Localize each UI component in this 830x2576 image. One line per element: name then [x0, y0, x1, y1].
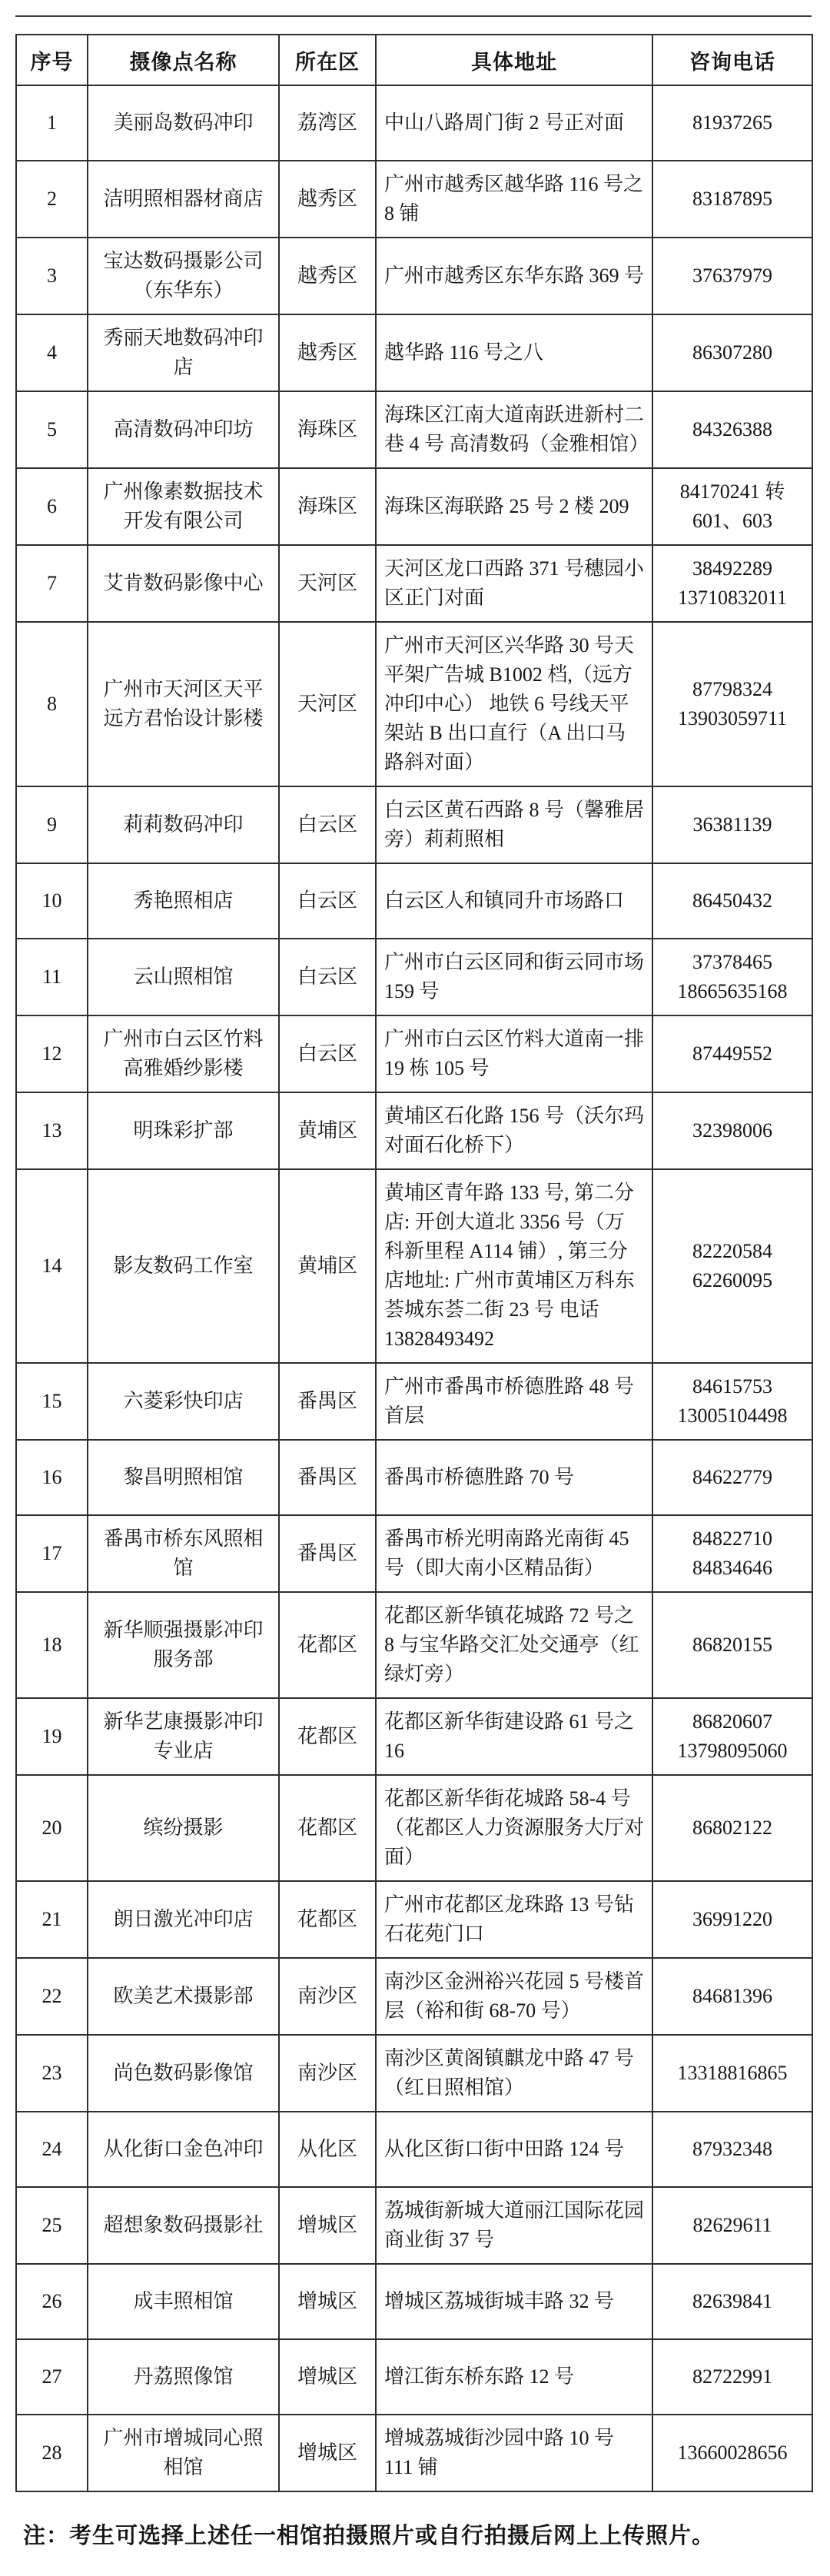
- phone-line: 601、603: [661, 507, 804, 536]
- address-cell: 海珠区江南大道南跃进新村二巷 4 号 高清数码（金雅相馆）: [376, 391, 652, 468]
- address-cell: 中山八路周门街 2 号正对面: [376, 85, 652, 161]
- table-row: 21 朗日激光冲印店 花都区 广州市花都区龙珠路 13 号钻石花苑门口 3699…: [16, 1881, 812, 1958]
- phone-line: 84681396: [661, 1982, 804, 2011]
- row-number-cell: 15: [16, 1363, 88, 1440]
- phone-line: 37378465: [661, 948, 804, 977]
- phone-cell: 84326388: [652, 391, 812, 468]
- address-cell: 花都区新华街建设路 61 号之 16: [376, 1698, 652, 1775]
- studio-name-cell: 新华艺康摄影冲印专业店: [88, 1698, 279, 1775]
- address-cell: 广州市白云区竹料大道南一排 19 栋 105 号: [376, 1015, 652, 1092]
- phone-cell: 36381139: [652, 786, 812, 863]
- phone-line: 84822710: [661, 1524, 804, 1554]
- table-row: 18 新华顺强摄影冲印服务部 花都区 花都区新华镇花城路 72 号之 8 与宝华…: [16, 1592, 812, 1698]
- address-cell: 花都区新华镇花城路 72 号之 8 与宝华路交汇处交通亭（红绿灯旁）: [376, 1592, 652, 1698]
- district-cell: 花都区: [279, 1698, 376, 1775]
- row-number-cell: 4: [16, 314, 88, 391]
- district-cell: 天河区: [279, 545, 376, 622]
- table-row: 12 广州市白云区竹料高雅婚纱影楼 白云区 广州市白云区竹料大道南一排 19 栋…: [16, 1015, 812, 1092]
- table-row: 5 高清数码冲印坊 海珠区 海珠区江南大道南跃进新村二巷 4 号 高清数码（金雅…: [16, 391, 812, 468]
- district-cell: 黄埔区: [279, 1169, 376, 1363]
- address-cell: 海珠区海联路 25 号 2 楼 209: [376, 468, 652, 545]
- district-cell: 越秀区: [279, 161, 376, 238]
- row-number-cell: 28: [16, 2415, 88, 2491]
- table-row: 27 丹荔照像馆 增城区 增江街东桥东路 12 号 82722991: [16, 2339, 812, 2415]
- table-row: 2 洁明照相器材商店 越秀区 广州市越秀区越华路 116 号之 8 铺 8318…: [16, 161, 812, 238]
- top-rule-divider: [15, 15, 812, 17]
- phone-line: 86450432: [661, 886, 804, 916]
- studio-name-cell: 广州市白云区竹料高雅婚纱影楼: [88, 1015, 279, 1092]
- phone-cell: 13660028656: [652, 2415, 812, 2491]
- district-cell: 海珠区: [279, 468, 376, 545]
- table-row: 4 秀丽天地数码冲印店 越秀区 越华路 116 号之八 86307280: [16, 314, 812, 391]
- address-cell: 广州市天河区兴华路 30 号天平架广告城 B1002 档,（远方冲印中心） 地铁…: [376, 622, 652, 786]
- studio-name-cell: 六菱彩快印店: [88, 1363, 279, 1440]
- header-district: 所在区: [279, 35, 376, 85]
- row-number-cell: 25: [16, 2187, 88, 2264]
- row-number-cell: 22: [16, 1958, 88, 2035]
- row-number-cell: 8: [16, 622, 88, 786]
- phone-line: 82629611: [661, 2211, 804, 2240]
- phone-cell: 87932348: [652, 2112, 812, 2187]
- phone-line: 81937265: [661, 108, 804, 138]
- table-row: 11 云山照相馆 白云区 广州市白云区同和街云同市场 159 号 3737846…: [16, 939, 812, 1015]
- address-cell: 南沙区黄阁镇麒龙中路 47 号（红日照相馆）: [376, 2035, 652, 2112]
- district-cell: 白云区: [279, 863, 376, 939]
- phone-cell: 83187895: [652, 161, 812, 238]
- phone-line: 86307280: [661, 338, 804, 367]
- phone-cell: 32398006: [652, 1092, 812, 1169]
- phone-cell: 82722991: [652, 2339, 812, 2415]
- phone-line: 13903059711: [661, 704, 804, 733]
- phone-line: 84170241 转: [661, 477, 804, 507]
- address-cell: 白云区黄石西路 8 号（馨雅居旁）莉莉照相: [376, 786, 652, 863]
- address-cell: 天河区龙口西路 371 号穗园小区正门对面: [376, 545, 652, 622]
- district-cell: 海珠区: [279, 391, 376, 468]
- district-cell: 花都区: [279, 1775, 376, 1881]
- row-number-cell: 21: [16, 1881, 88, 1958]
- table-row: 14 影友数码工作室 黄埔区 黄埔区青年路 133 号, 第二分店: 开创大道北…: [16, 1169, 812, 1363]
- phone-cell: 86307280: [652, 314, 812, 391]
- table-row: 23 尚色数码影像馆 南沙区 南沙区黄阁镇麒龙中路 47 号（红日照相馆） 13…: [16, 2035, 812, 2112]
- phone-line: 13660028656: [661, 2438, 804, 2468]
- table-row: 28 广州市增城同心照相馆 增城区 增城荔城街沙园中路 10 号 111 铺 1…: [16, 2415, 812, 2491]
- table-row: 25 超想象数码摄影社 增城区 荔城街新城大道丽江国际花园商业街 37 号 82…: [16, 2187, 812, 2264]
- row-number-cell: 10: [16, 863, 88, 939]
- studio-name-cell: 秀艳照相店: [88, 863, 279, 939]
- address-cell: 越华路 116 号之八: [376, 314, 652, 391]
- phone-line: 83187895: [661, 184, 804, 214]
- district-cell: 越秀区: [279, 238, 376, 314]
- district-cell: 南沙区: [279, 1958, 376, 2035]
- phone-cell: 86802122: [652, 1775, 812, 1881]
- district-cell: 番禺区: [279, 1440, 376, 1515]
- table-row: 1 美丽岛数码冲印 荔湾区 中山八路周门街 2 号正对面 81937265: [16, 85, 812, 161]
- row-number-cell: 20: [16, 1775, 88, 1881]
- table-row: 7 艾肯数码影像中心 天河区 天河区龙口西路 371 号穗园小区正门对面 384…: [16, 545, 812, 622]
- address-cell: 广州市越秀区越华路 116 号之 8 铺: [376, 161, 652, 238]
- studio-name-cell: 宝达数码摄影公司（东华东）: [88, 238, 279, 314]
- phone-line: 18665635168: [661, 977, 804, 1006]
- phone-line: 84834646: [661, 1554, 804, 1583]
- row-number-cell: 3: [16, 238, 88, 314]
- phone-line: 84622779: [661, 1463, 804, 1492]
- studio-name-cell: 新华顺强摄影冲印服务部: [88, 1592, 279, 1698]
- table-row: 9 莉莉数码冲印 白云区 白云区黄石西路 8 号（馨雅居旁）莉莉照相 36381…: [16, 786, 812, 863]
- header-address: 具体地址: [376, 35, 652, 85]
- row-number-cell: 13: [16, 1092, 88, 1169]
- district-cell: 增城区: [279, 2339, 376, 2415]
- phone-cell: 8779832413903059711: [652, 622, 812, 786]
- row-number-cell: 1: [16, 85, 88, 161]
- document-page: 序号 摄像点名称 所在区 具体地址 咨询电话 1 美丽岛数码冲印 荔湾区 中山八…: [0, 0, 830, 2576]
- phone-line: 13710832011: [661, 583, 804, 613]
- phone-cell: 82639841: [652, 2264, 812, 2339]
- table-row: 6 广州像素数据技术开发有限公司 海珠区 海珠区海联路 25 号 2 楼 209…: [16, 468, 812, 545]
- phone-cell: 13318816865: [652, 2035, 812, 2112]
- district-cell: 从化区: [279, 2112, 376, 2187]
- table-row: 22 欧美艺术摄影部 南沙区 南沙区金洲裕兴花园 5 号楼首层（裕和街 68-7…: [16, 1958, 812, 2035]
- phone-cell: 84170241 转601、603: [652, 468, 812, 545]
- studio-name-cell: 黎昌明照相馆: [88, 1440, 279, 1515]
- studio-name-cell: 从化街口金色冲印: [88, 2112, 279, 2187]
- studio-name-cell: 艾肯数码影像中心: [88, 545, 279, 622]
- table-row: 17 番禺市桥东风照相馆 番禺区 番禺市桥光明南路光南街 45 号（即大南小区精…: [16, 1515, 812, 1592]
- phone-line: 82639841: [661, 2287, 804, 2316]
- phone-line: 84326388: [661, 415, 804, 444]
- table-row: 20 缤纷摄影 花都区 花都区新华街花城路 58-4 号（花都区人力资源服务大厅…: [16, 1775, 812, 1881]
- phone-cell: 37637979: [652, 238, 812, 314]
- phone-line: 62260095: [661, 1266, 804, 1295]
- phone-cell: 8482271084834646: [652, 1515, 812, 1592]
- studio-name-cell: 朗日激光冲印店: [88, 1881, 279, 1958]
- row-number-cell: 12: [16, 1015, 88, 1092]
- phone-cell: 84681396: [652, 1958, 812, 2035]
- address-cell: 白云区人和镇同升市场路口: [376, 863, 652, 939]
- address-cell: 广州市白云区同和街云同市场 159 号: [376, 939, 652, 1015]
- table-row: 16 黎昌明照相馆 番禺区 番禺市桥德胜路 70 号 84622779: [16, 1440, 812, 1515]
- phone-line: 86802122: [661, 1813, 804, 1843]
- row-number-cell: 23: [16, 2035, 88, 2112]
- studio-name-cell: 广州市增城同心照相馆: [88, 2415, 279, 2491]
- row-number-cell: 14: [16, 1169, 88, 1363]
- table-row: 24 从化街口金色冲印 从化区 从化区街口街中田路 124 号 87932348: [16, 2112, 812, 2187]
- row-number-cell: 6: [16, 468, 88, 545]
- phone-line: 82220584: [661, 1237, 804, 1266]
- address-cell: 广州市番禺市桥德胜路 48 号首层: [376, 1363, 652, 1440]
- header-studio-name: 摄像点名称: [88, 35, 279, 85]
- phone-line: 36991220: [661, 1905, 804, 1934]
- header-phone: 咨询电话: [652, 35, 812, 85]
- phone-line: 87798324: [661, 675, 804, 704]
- address-cell: 番禺市桥光明南路光南街 45 号（即大南小区精品街）: [376, 1515, 652, 1592]
- studio-name-cell: 欧美艺术摄影部: [88, 1958, 279, 2035]
- district-cell: 天河区: [279, 622, 376, 786]
- phone-cell: 3737846518665635168: [652, 939, 812, 1015]
- phone-cell: 84622779: [652, 1440, 812, 1515]
- studio-name-cell: 洁明照相器材商店: [88, 161, 279, 238]
- phone-line: 13798095060: [661, 1737, 804, 1766]
- district-cell: 番禺区: [279, 1363, 376, 1440]
- table-header-row: 序号 摄像点名称 所在区 具体地址 咨询电话: [16, 35, 812, 85]
- address-cell: 增城区荔城街城丰路 32 号: [376, 2264, 652, 2339]
- district-cell: 白云区: [279, 1015, 376, 1092]
- district-cell: 黄埔区: [279, 1092, 376, 1169]
- address-cell: 增城荔城街沙园中路 10 号 111 铺: [376, 2415, 652, 2491]
- row-number-cell: 5: [16, 391, 88, 468]
- address-cell: 增江街东桥东路 12 号: [376, 2339, 652, 2415]
- phone-cell: 8461575313005104498: [652, 1363, 812, 1440]
- phone-cell: 36991220: [652, 1881, 812, 1958]
- phone-cell: 86820155: [652, 1592, 812, 1698]
- table-row: 13 明珠彩扩部 黄埔区 黄埔区石化路 156 号（沃尔玛对面石化桥下） 323…: [16, 1092, 812, 1169]
- row-number-cell: 2: [16, 161, 88, 238]
- table-row: 26 成丰照相馆 增城区 增城区荔城街城丰路 32 号 82639841: [16, 2264, 812, 2339]
- row-number-cell: 17: [16, 1515, 88, 1592]
- row-number-cell: 19: [16, 1698, 88, 1775]
- table-row: 3 宝达数码摄影公司（东华东） 越秀区 广州市越秀区东华东路 369 号 376…: [16, 238, 812, 314]
- row-number-cell: 11: [16, 939, 88, 1015]
- district-cell: 花都区: [279, 1881, 376, 1958]
- address-cell: 番禺市桥德胜路 70 号: [376, 1440, 652, 1515]
- footer-note: 注：考生可选择上述任一相馆拍摄照片或自行拍摄后网上上传照片。: [15, 2518, 813, 2550]
- address-cell: 南沙区金洲裕兴花园 5 号楼首层（裕和街 68-70 号）: [376, 1958, 652, 2035]
- phone-line: 87932348: [661, 2135, 804, 2164]
- district-cell: 增城区: [279, 2415, 376, 2491]
- address-cell: 广州市花都区龙珠路 13 号钻石花苑门口: [376, 1881, 652, 1958]
- row-number-cell: 26: [16, 2264, 88, 2339]
- table-header: 序号 摄像点名称 所在区 具体地址 咨询电话: [16, 35, 812, 85]
- studio-name-cell: 云山照相馆: [88, 939, 279, 1015]
- studio-name-cell: 影友数码工作室: [88, 1169, 279, 1363]
- studio-name-cell: 丹荔照像馆: [88, 2339, 279, 2415]
- studio-name-cell: 广州市天河区天平远方君怡设计影楼: [88, 622, 279, 786]
- district-cell: 白云区: [279, 786, 376, 863]
- phone-cell: 87449552: [652, 1015, 812, 1092]
- studio-name-cell: 缤纷摄影: [88, 1775, 279, 1881]
- table-row: 8 广州市天河区天平远方君怡设计影楼 天河区 广州市天河区兴华路 30 号天平架…: [16, 622, 812, 786]
- district-cell: 南沙区: [279, 2035, 376, 2112]
- address-cell: 广州市越秀区东华东路 369 号: [376, 238, 652, 314]
- district-cell: 荔湾区: [279, 85, 376, 161]
- address-cell: 花都区新华街花城路 58-4 号（花都区人力资源服务大厅对面）: [376, 1775, 652, 1881]
- district-cell: 增城区: [279, 2264, 376, 2339]
- phone-line: 82722991: [661, 2362, 804, 2392]
- row-number-cell: 16: [16, 1440, 88, 1515]
- address-cell: 黄埔区石化路 156 号（沃尔玛对面石化桥下）: [376, 1092, 652, 1169]
- district-cell: 花都区: [279, 1592, 376, 1698]
- phone-cell: 86450432: [652, 863, 812, 939]
- header-serial-number: 序号: [16, 35, 88, 85]
- district-cell: 白云区: [279, 939, 376, 1015]
- row-number-cell: 24: [16, 2112, 88, 2187]
- studio-name-cell: 美丽岛数码冲印: [88, 85, 279, 161]
- phone-cell: 81937265: [652, 85, 812, 161]
- phone-line: 37637979: [661, 261, 804, 291]
- table-row: 19 新华艺康摄影冲印专业店 花都区 花都区新华街建设路 61 号之 16 86…: [16, 1698, 812, 1775]
- table-row: 15 六菱彩快印店 番禺区 广州市番禺市桥德胜路 48 号首层 84615753…: [16, 1363, 812, 1440]
- address-cell: 从化区街口街中田路 124 号: [376, 2112, 652, 2187]
- phone-cell: 3849228913710832011: [652, 545, 812, 622]
- studio-name-cell: 秀丽天地数码冲印店: [88, 314, 279, 391]
- address-cell: 荔城街新城大道丽江国际花园商业街 37 号: [376, 2187, 652, 2264]
- district-cell: 越秀区: [279, 314, 376, 391]
- studio-name-cell: 成丰照相馆: [88, 2264, 279, 2339]
- row-number-cell: 18: [16, 1592, 88, 1698]
- studio-name-cell: 明珠彩扩部: [88, 1092, 279, 1169]
- phone-line: 38492289: [661, 554, 804, 583]
- table-body: 1 美丽岛数码冲印 荔湾区 中山八路周门街 2 号正对面 81937265 2 …: [16, 85, 812, 2491]
- row-number-cell: 9: [16, 786, 88, 863]
- studio-name-cell: 尚色数码影像馆: [88, 2035, 279, 2112]
- phone-line: 13318816865: [661, 2059, 804, 2088]
- studio-name-cell: 莉莉数码冲印: [88, 786, 279, 863]
- phone-cell: 8222058462260095: [652, 1169, 812, 1363]
- photo-studio-table: 序号 摄像点名称 所在区 具体地址 咨询电话 1 美丽岛数码冲印 荔湾区 中山八…: [15, 34, 813, 2492]
- phone-line: 36381139: [661, 810, 804, 839]
- studio-name-cell: 番禺市桥东风照相馆: [88, 1515, 279, 1592]
- studio-name-cell: 广州像素数据技术开发有限公司: [88, 468, 279, 545]
- district-cell: 番禺区: [279, 1515, 376, 1592]
- row-number-cell: 7: [16, 545, 88, 622]
- studio-name-cell: 超想象数码摄影社: [88, 2187, 279, 2264]
- table-row: 10 秀艳照相店 白云区 白云区人和镇同升市场路口 86450432: [16, 863, 812, 939]
- phone-line: 87449552: [661, 1039, 804, 1069]
- phone-line: 86820607: [661, 1707, 804, 1737]
- address-cell: 黄埔区青年路 133 号, 第二分店: 开创大道北 3356 号（万科新里程 A…: [376, 1169, 652, 1363]
- phone-line: 13005104498: [661, 1401, 804, 1431]
- studio-name-cell: 高清数码冲印坊: [88, 391, 279, 468]
- row-number-cell: 27: [16, 2339, 88, 2415]
- phone-cell: 82629611: [652, 2187, 812, 2264]
- phone-line: 84615753: [661, 1372, 804, 1401]
- district-cell: 增城区: [279, 2187, 376, 2264]
- phone-line: 32398006: [661, 1116, 804, 1145]
- phone-cell: 8682060713798095060: [652, 1698, 812, 1775]
- phone-line: 86820155: [661, 1630, 804, 1660]
